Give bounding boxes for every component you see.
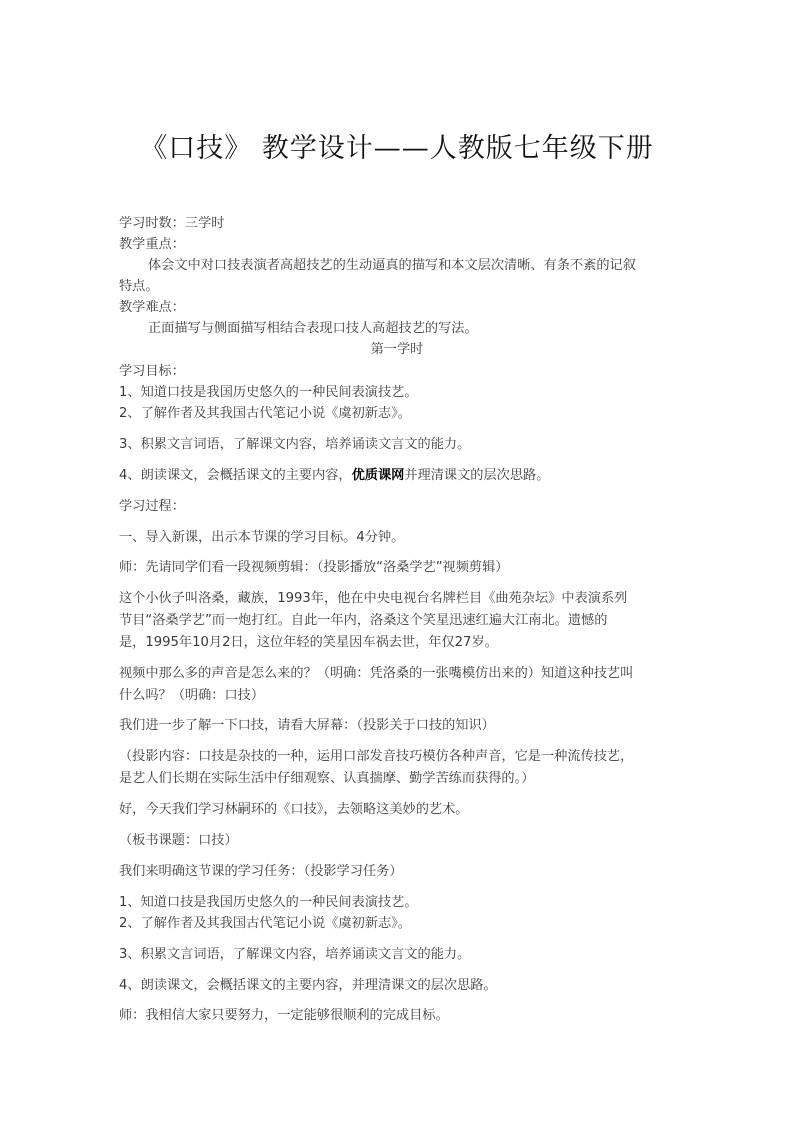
story-paragraph: 是，1995年10月2日，这位年轻的笑星因车祸去世，年仅27岁。 [119,633,498,653]
teacher-line: 师：先请同学们看一段视频剪辑：（投影播放“洛桑学艺”视频剪辑） [119,558,509,578]
tasks-intro: 我们来明确这节课的学习任务：（投影学习任务） [119,862,403,882]
screen-line: 我们进一步了解一下口技，请看大屏幕：（投影关于口技的知识） [119,716,495,736]
story-paragraph: 节目“洛桑学艺”而一炮打红。自此一年内，洛桑这个笑星迅速红遍大江南北。遗憾的 [119,611,607,631]
story-paragraph: 这个小伙子叫洛桑，藏族，1993年，他在中央电视台名牌栏目《曲苑杂坛》中表演系列 [119,589,627,609]
hours-line: 学习时数：三学时 [119,214,225,234]
projection-paragraph: 是艺人们长期在实际生活中仔细观察、认真揣摩、勤学苦练而获得的。） [119,769,534,789]
projection-paragraph: （投影内容：口技是杂技的一种，运用口部发音技巧模仿各种声音，它是一种流传技艺， [119,747,633,767]
task-item: 1、知道口技是我国历史悠久的一种民间表演技艺。 [119,893,418,913]
objective-item: 2、了解作者及其我国古代笔记小说《虞初新志》。 [119,404,411,424]
objective-item: 4、朗读课文，会概括课文的主要内容，优质课网并理清课文的层次思路。 [119,466,549,486]
process-label: 学习过程： [119,497,185,517]
focus-text: 体会文中对口技表演者高超技艺的生动逼真的描写和本文层次清晰、有条不紊的记叙 [148,256,636,276]
question-paragraph: 视频中那么多的声音是怎么来的？（明确：凭洛桑的一张嘴模仿出来的）知道这种技艺叫 [119,664,633,684]
task-item: 2、了解作者及其我国古代笔记小说《虞初新志》。 [119,914,411,934]
difficulty-text: 正面描写与侧面描写相结合表现口技人高超技艺的写法。 [148,319,478,339]
focus-label: 教学重点： [119,235,185,255]
objective-text: 并理清课文的层次思路。 [404,468,549,483]
objective-item: 1、知道口技是我国历史悠久的一种民间表演技艺。 [119,383,418,403]
objective-text: 4、朗读课文，会概括课文的主要内容， [119,468,352,483]
board-line: （板书课题：口技） [119,831,238,851]
objective-item: 3、积累文言词语，了解课文内容，培养诵读文言文的能力。 [119,435,470,455]
today-line: 好，今天我们学习林嗣环的《口技》，去领略这美妙的艺术。 [119,800,468,820]
section-title: 第一学时 [0,340,794,360]
task-item: 3、积累文言词语，了解课文内容，培养诵读文言文的能力。 [119,945,470,965]
page-title: 《口技》 教学设计——人教版七年级下册 [0,126,794,165]
difficulty-label: 教学难点： [119,298,185,318]
task-item: 4、朗读课文，会概括课文的主要内容，并理清课文的层次思路。 [119,976,497,996]
objectives-label: 学习目标： [119,362,185,382]
teacher-closing: 师：我相信大家只要努力，一定能够很顺利的完成目标。 [119,1006,449,1026]
site-link[interactable]: 优质课网 [352,468,405,483]
question-paragraph: 什么吗？（明确：口技） [119,686,264,706]
step-1: 一、导入新课，出示本节课的学习目标。4分钟。 [119,528,404,548]
focus-text-cont: 特点。 [119,277,159,297]
